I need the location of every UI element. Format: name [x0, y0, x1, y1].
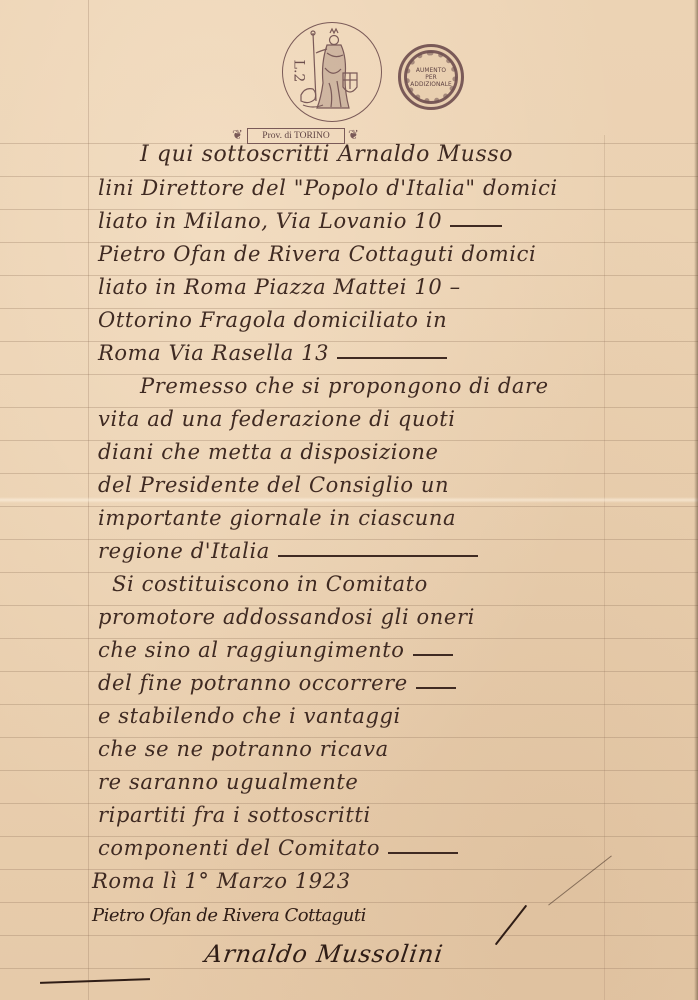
body-line-text: e stabilendo che i vantaggi — [98, 704, 401, 728]
rule-line — [0, 935, 698, 936]
body-line-text: ripartiti fra i sottoscritti — [98, 803, 371, 827]
line-filler-dash — [416, 687, 456, 689]
body-line: Si costituiscono in Comitato — [112, 572, 428, 596]
body-line-text: che sino al raggiungimento — [98, 638, 405, 662]
line-filler-dash — [388, 852, 458, 854]
signature-underline-stroke — [40, 978, 150, 984]
paper-edge-shadow — [694, 0, 698, 1000]
body-line-text: componenti del Comitato — [98, 836, 380, 860]
body-line: componenti del Comitato — [98, 836, 458, 860]
date-text: Roma lì 1° Marzo 1923 — [92, 869, 351, 893]
body-line-text: re saranno ugualmente — [98, 770, 358, 794]
body-line: Ottorino Fragola domiciliato in — [98, 308, 447, 332]
body-line: Roma Via Rasella 13 — [98, 341, 447, 365]
body-line: Premesso che si propongono di dare — [140, 374, 549, 398]
body-line-text: lini Direttore del "Popolo d'Italia" dom… — [98, 176, 558, 200]
rule-line — [0, 968, 698, 969]
signature-arnaldo-mussolini: Arnaldo Mussolini — [203, 940, 445, 968]
signature-rivera-cottaguti: Pietro Ofan de Rivera Cottaguti — [92, 905, 366, 926]
body-line: regione d'Italia — [98, 539, 478, 563]
body-line: liato in Roma Piazza Mattei 10 – — [98, 275, 461, 299]
revenue-stamp-emblem: L.2 — [282, 22, 382, 122]
body-line-text: promotore addossandosi gli oneri — [98, 605, 475, 629]
line-filler-dash — [413, 654, 453, 656]
body-line: re saranno ugualmente — [98, 770, 358, 794]
body-line-text: importante giornale in ciascuna — [98, 506, 456, 530]
body-line: Pietro Ofan de Rivera Cottaguti domici — [98, 242, 536, 266]
body-line: diani che metta a disposizione — [98, 440, 439, 464]
body-line: lini Direttore del "Popolo d'Italia" dom… — [98, 176, 558, 200]
body-line-text: che se ne potranno ricava — [98, 737, 389, 761]
signature-flourish-stroke — [495, 905, 527, 946]
body-line-text: Ottorino Fragola domiciliato in — [98, 308, 447, 332]
body-line-text: del Presidente del Consiglio un — [98, 473, 449, 497]
body-line: del Presidente del Consiglio un — [98, 473, 449, 497]
body-line: e stabilendo che i vantaggi — [98, 704, 401, 728]
line-filler-dash — [337, 357, 447, 359]
body-line-text: Pietro Ofan de Rivera Cottaguti domici — [98, 242, 536, 266]
body-line: ripartiti fra i sottoscritti — [98, 803, 371, 827]
signature-hairline-stroke — [548, 855, 612, 905]
paper-fold — [0, 497, 698, 503]
body-line-text: Si costituiscono in Comitato — [112, 572, 428, 596]
body-line-text: liato in Roma Piazza Mattei 10 – — [98, 275, 461, 299]
body-line-text: diani che metta a disposizione — [98, 440, 439, 464]
rule-line — [0, 902, 698, 903]
body-line: del fine potranno occorrere — [98, 671, 456, 695]
additional-tax-seal: AUMENTO PER ADDIZIONALE — [398, 44, 464, 110]
body-line: promotore addossandosi gli oneri — [98, 605, 475, 629]
body-line: importante giornale in ciascuna — [98, 506, 456, 530]
line-filler-dash — [278, 555, 478, 557]
body-line: I qui sottoscritti Arnaldo Musso — [140, 142, 513, 167]
body-line-text: Roma Via Rasella 13 — [98, 341, 329, 365]
right-margin-line — [604, 135, 605, 1000]
body-line-text: liato in Milano, Via Lovanio 10 — [98, 209, 442, 233]
line-filler-dash — [450, 225, 502, 227]
body-line: vita ad una federazione di quoti — [98, 407, 456, 431]
body-line-text: I qui sottoscritti Arnaldo Musso — [140, 142, 513, 167]
document-page: L.2 AUMENTO PER ADDIZIONALE ❦ Prov. di T… — [0, 0, 698, 1000]
body-line: liato in Milano, Via Lovanio 10 — [98, 209, 502, 233]
body-line: che sino al raggiungimento — [98, 638, 453, 662]
date-line: Roma lì 1° Marzo 1923 — [92, 869, 351, 893]
seal-text-line-3: ADDIZIONALE — [410, 81, 451, 88]
body-line-text: vita ad una federazione di quoti — [98, 407, 456, 431]
body-line: che se ne potranno ricava — [98, 737, 389, 761]
body-line-text: regione d'Italia — [98, 539, 270, 563]
body-line-text: del fine potranno occorrere — [98, 671, 408, 695]
stamp-value-label: L.2 — [290, 60, 306, 83]
body-line-text: Premesso che si propongono di dare — [140, 374, 549, 398]
